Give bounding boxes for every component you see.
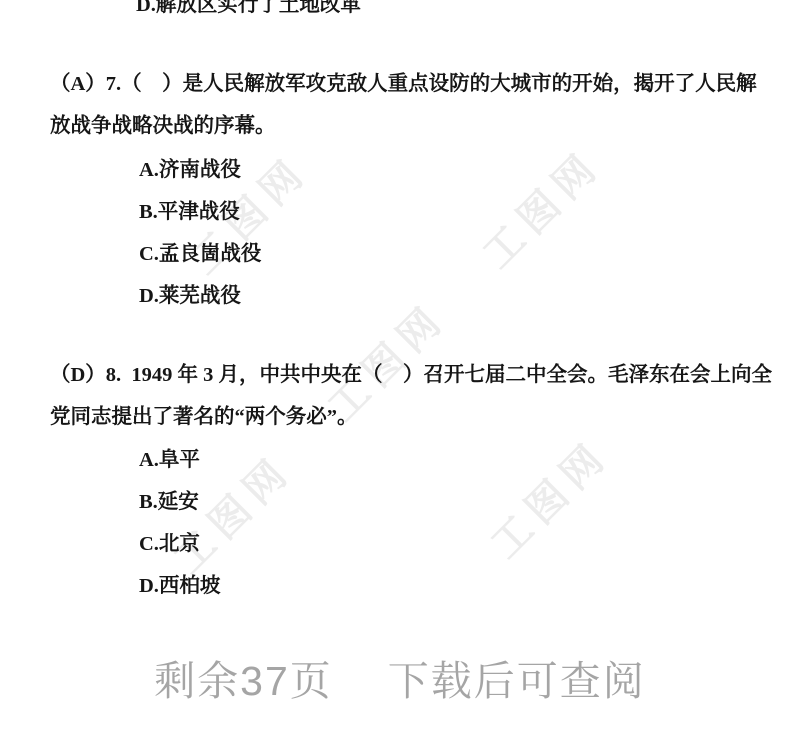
preview-footer-notice: 剩余37页 下载后可查阅 (0, 648, 800, 707)
download-hint-label: 下载后可查阅 (388, 648, 646, 707)
question-8-line-1: （D）8. 1949 年 3 月，中共中央在（ ）召开七届二中全会。毛泽东在会上… (50, 363, 772, 388)
question-8-option-d: D.西柏坡 (139, 574, 220, 599)
question-7-line-2: 放战争战略决战的序幕。 (50, 114, 276, 139)
question-7-line-1: （A）7.（ ）是人民解放军攻克敌人重点设防的大城市的开始，揭开了人民解 (50, 72, 757, 97)
question-7-option-b: B.平津战役 (139, 200, 240, 225)
document-content: D.解放区实行了土地改革 （A）7.（ ）是人民解放军攻克敌人重点设防的大城市的… (0, 0, 800, 754)
question-7-option-a: A.济南战役 (139, 158, 241, 183)
question-7-option-c: C.孟良崮战役 (139, 242, 261, 267)
previous-question-option-d-clipped: D.解放区实行了土地改革 (136, 0, 361, 18)
question-8-option-a: A.阜平 (139, 448, 200, 473)
question-8-option-c: C.北京 (139, 532, 200, 557)
question-7-option-d: D.莱芜战役 (139, 284, 241, 309)
question-8-option-b: B.延安 (139, 490, 199, 515)
document-preview-page: 工图网 工图网 工图网 工图网 工图网 D.解放区实行了土地改革 （A）7.（ … (0, 0, 800, 754)
question-8-line-2: 党同志提出了著名的“两个务必”。 (50, 405, 358, 430)
pages-remaining-label: 剩余37页 (154, 648, 333, 707)
